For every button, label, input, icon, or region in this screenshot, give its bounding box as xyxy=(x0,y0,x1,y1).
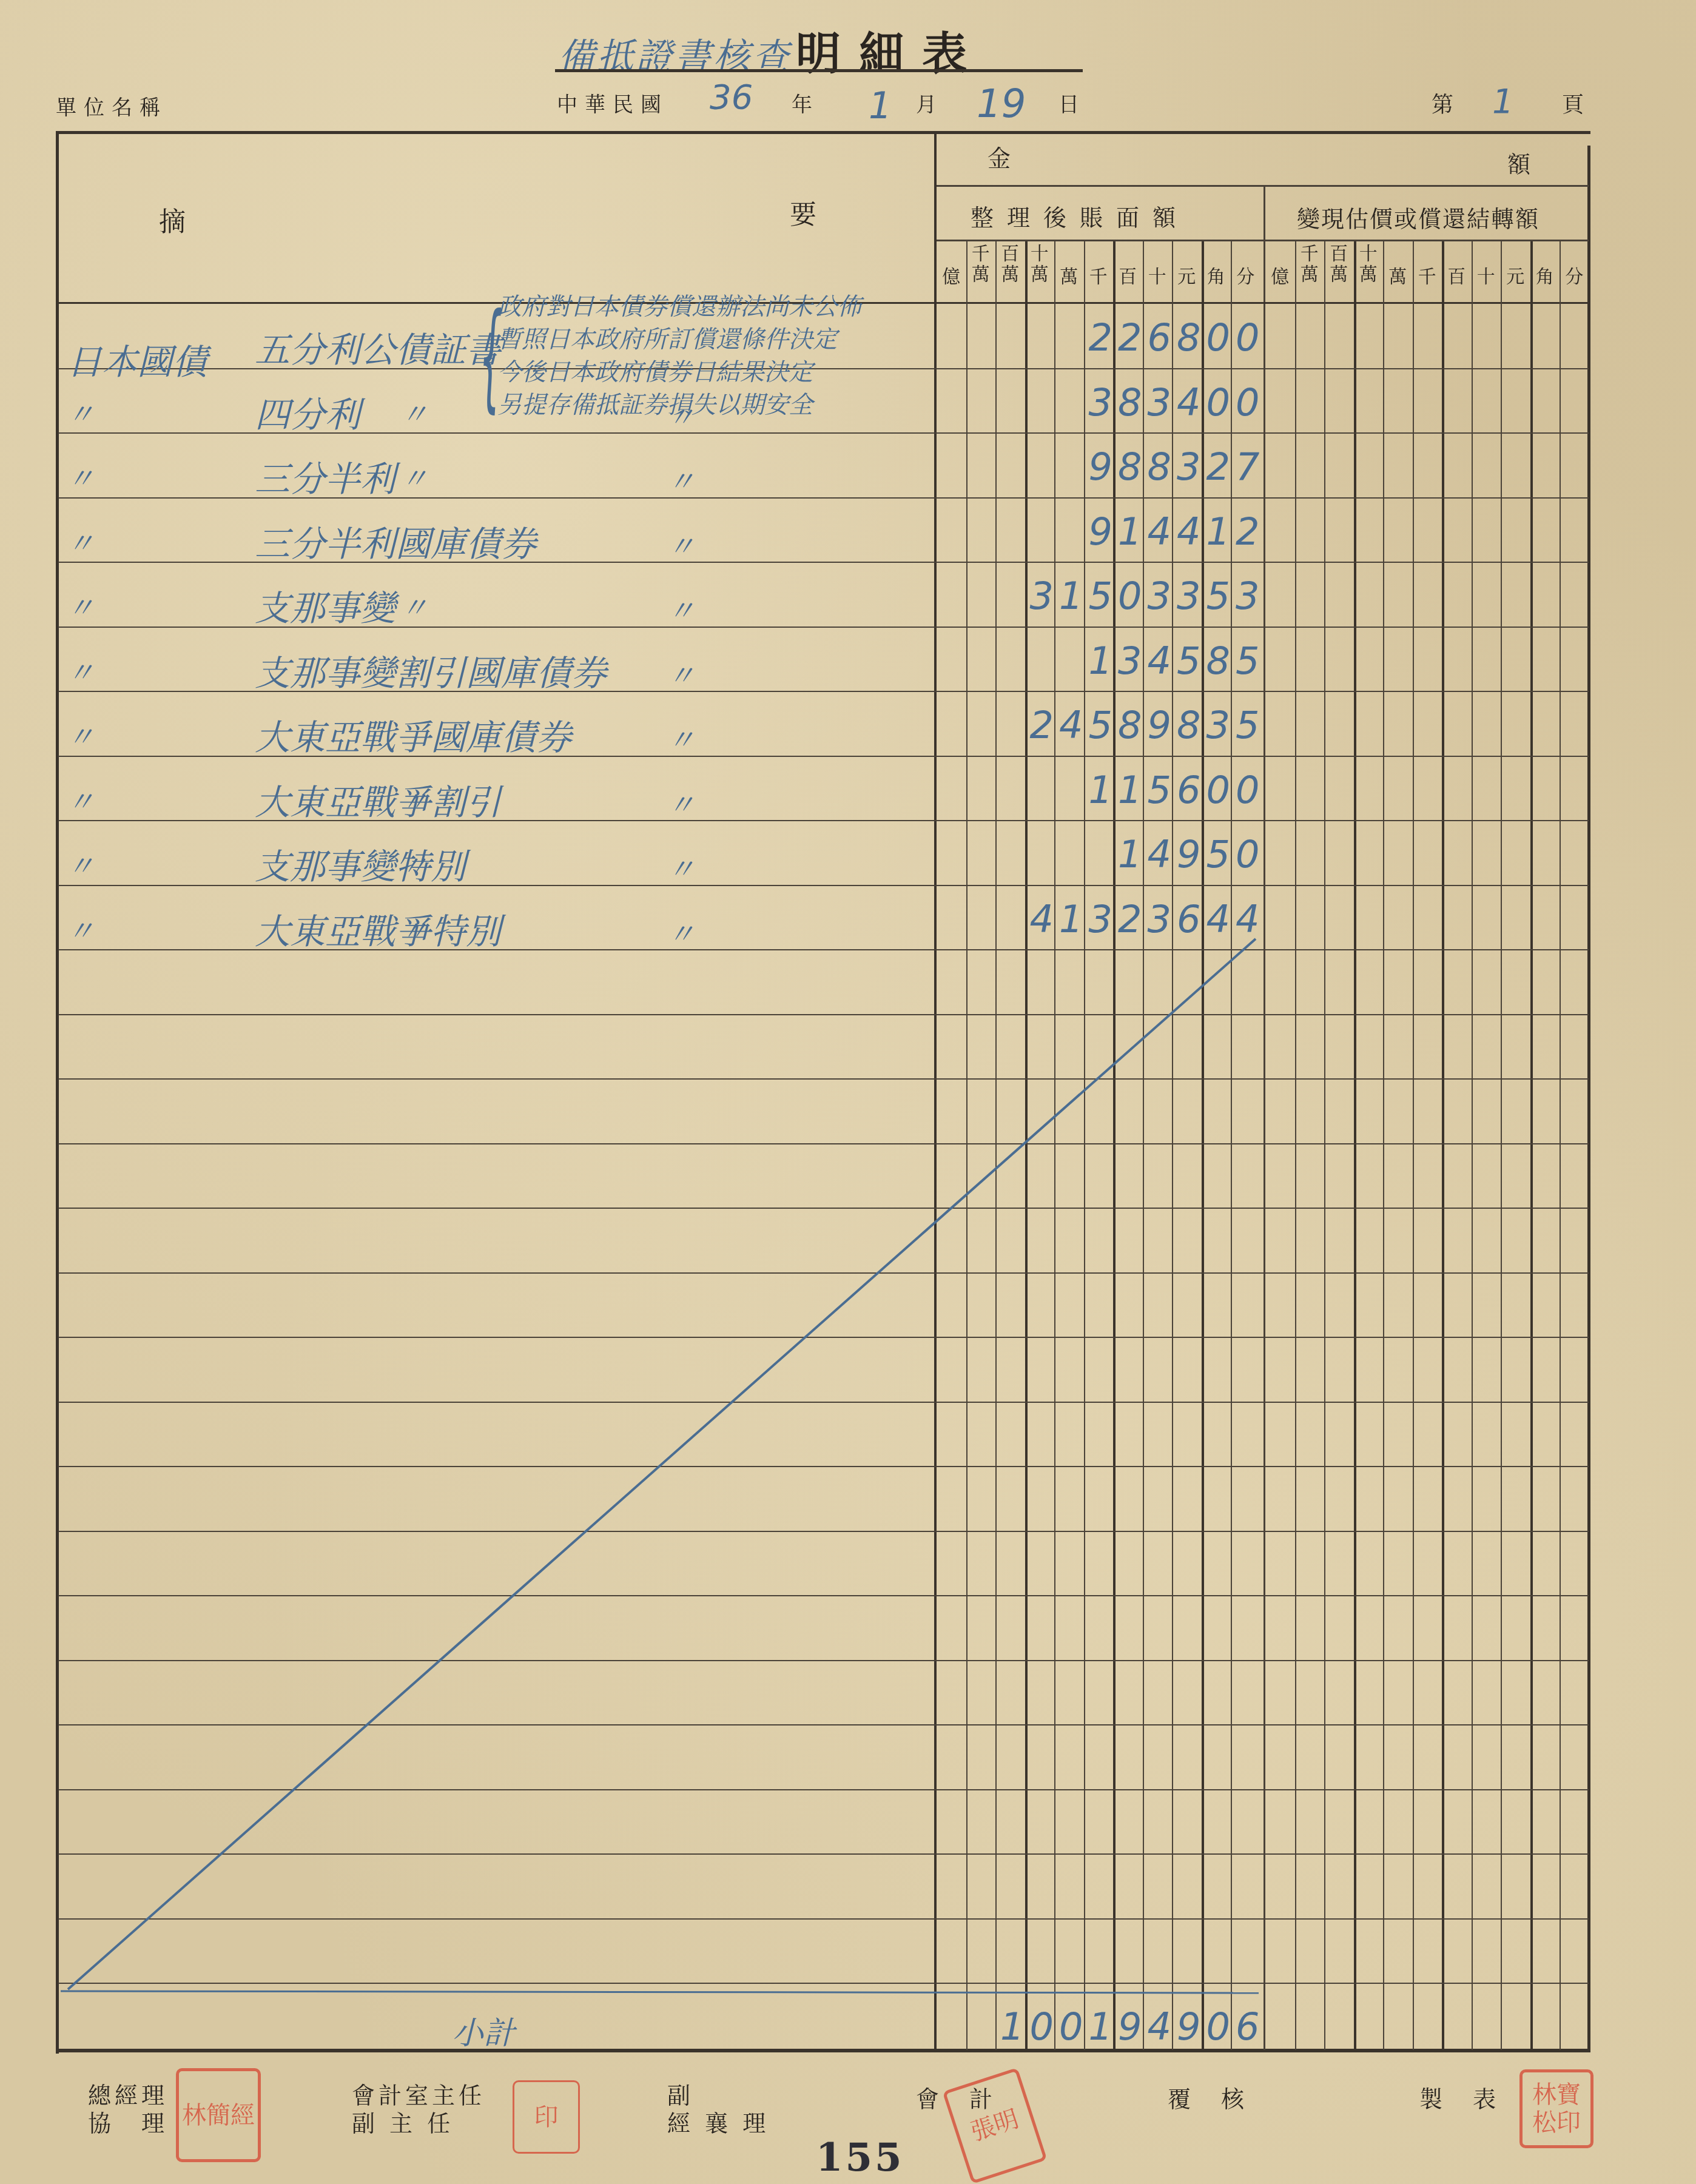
subtotal-digit: 9 xyxy=(1177,2004,1200,2049)
signature-label-deputy-manager: 副 經 襄 理 xyxy=(667,2082,769,2137)
signature-label-reviewer: 覆 核 xyxy=(1168,2085,1248,2113)
signature-label-preparer: 製 表 xyxy=(1419,2085,1499,2113)
subtotal-digit: 1 xyxy=(1089,2004,1112,2049)
subtotal-digit: 1 xyxy=(1000,2004,1024,2049)
seal-preparer: 林寶松印 xyxy=(1519,2069,1593,2148)
signature-label-general-manager: 總經理 協 理 xyxy=(88,2082,168,2137)
subtotal-digit: 6 xyxy=(1236,2004,1259,2049)
diagonal-cancel-line xyxy=(0,0,1696,2184)
seal-accounting-head: 印 xyxy=(513,2080,580,2154)
subtotal-label: 小計 xyxy=(452,2008,515,2053)
subtotal-digit: 0 xyxy=(1059,2004,1083,2049)
subtotal-digit: 0 xyxy=(1206,2004,1230,2049)
subtotal-digit: 9 xyxy=(1118,2004,1142,2049)
subtotal-digit: 4 xyxy=(1148,2004,1171,2049)
signature-label-accounting-head: 會計室主任 副 主 任 xyxy=(352,2082,485,2137)
subtotal-digit: 0 xyxy=(1030,2004,1054,2049)
stamp-number: 155 xyxy=(816,2135,904,2180)
seal-general-manager: 林簡經 xyxy=(176,2068,261,2162)
